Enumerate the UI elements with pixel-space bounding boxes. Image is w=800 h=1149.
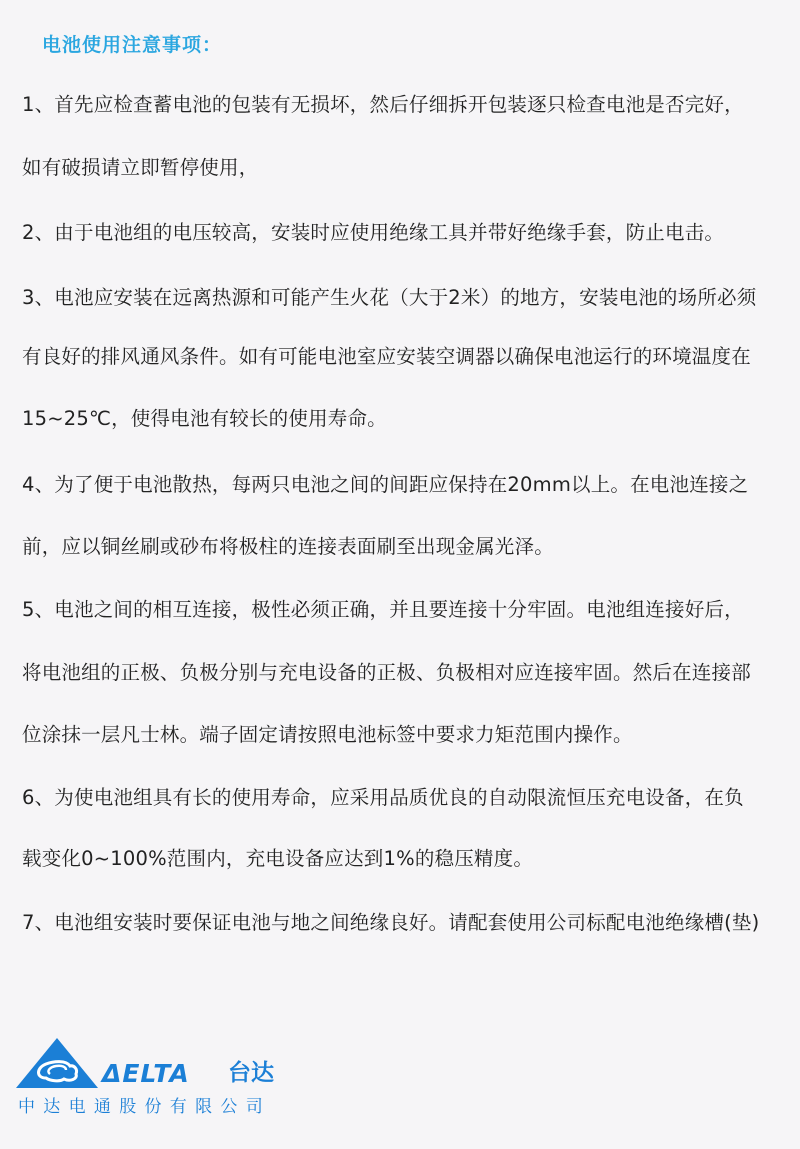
delta-wordmark: ΔELTA (102, 1060, 190, 1088)
body-line: 2、由于电池组的电压较高，安装时应使用绝缘工具并带好绝缘手套，防止电击。 (22, 220, 724, 246)
body-line: 载变化0~100%范围内，充电设备应达到1%的稳压精度。 (22, 846, 533, 872)
body-line: 有良好的排风通风条件。如有可能电池室应安装空调器以确保电池运行的环境温度在 (22, 344, 751, 370)
body-line: 5、电池之间的相互连接，极性必须正确，并且要连接十分牢固。电池组连接好后， (22, 597, 744, 623)
body-line: 前，应以铜丝刷或砂布将极柱的连接表面刷至出现金属光泽。 (22, 534, 554, 560)
document-title: 电池使用注意事项： (42, 30, 222, 57)
delta-cn-name: 台达 (228, 1059, 274, 1087)
delta-triangle-icon (16, 1038, 98, 1088)
body-line: 15~25℃，使得电池有较长的使用寿命。 (22, 406, 387, 432)
body-line: 7、电池组安装时要保证电池与地之间绝缘良好。请配套使用公司标配电池绝缘槽(垫) (22, 910, 759, 936)
body-line: 3、电池应安装在远离热源和可能产生火花（大于2米）的地方，安装电池的场所必须 (22, 285, 756, 311)
delta-logo: ΔELTA 台达 中达电通股份有限公司 (16, 1038, 306, 1123)
body-line: 4、为了便于电池散热，每两只电池之间的间距应保持在20mm以上。在电池连接之 (22, 472, 748, 498)
company-name: 中达电通股份有限公司 (18, 1096, 271, 1118)
body-line: 1、首先应检查蓄电池的包装有无损坏，然后仔细拆开包装逐只检查电池是否完好， (22, 92, 744, 118)
body-line: 如有破损请立即暂停使用， (22, 155, 258, 181)
body-line: 6、为使电池组具有长的使用寿命，应采用品质优良的自动限流恒压充电设备，在负 (22, 785, 744, 811)
body-line: 将电池组的正极、负极分别与充电设备的正极、负极相对应连接牢固。然后在连接部 (22, 660, 751, 686)
body-line: 位涂抹一层凡士林。端子固定请按照电池标签中要求力矩范围内操作。 (22, 722, 633, 748)
